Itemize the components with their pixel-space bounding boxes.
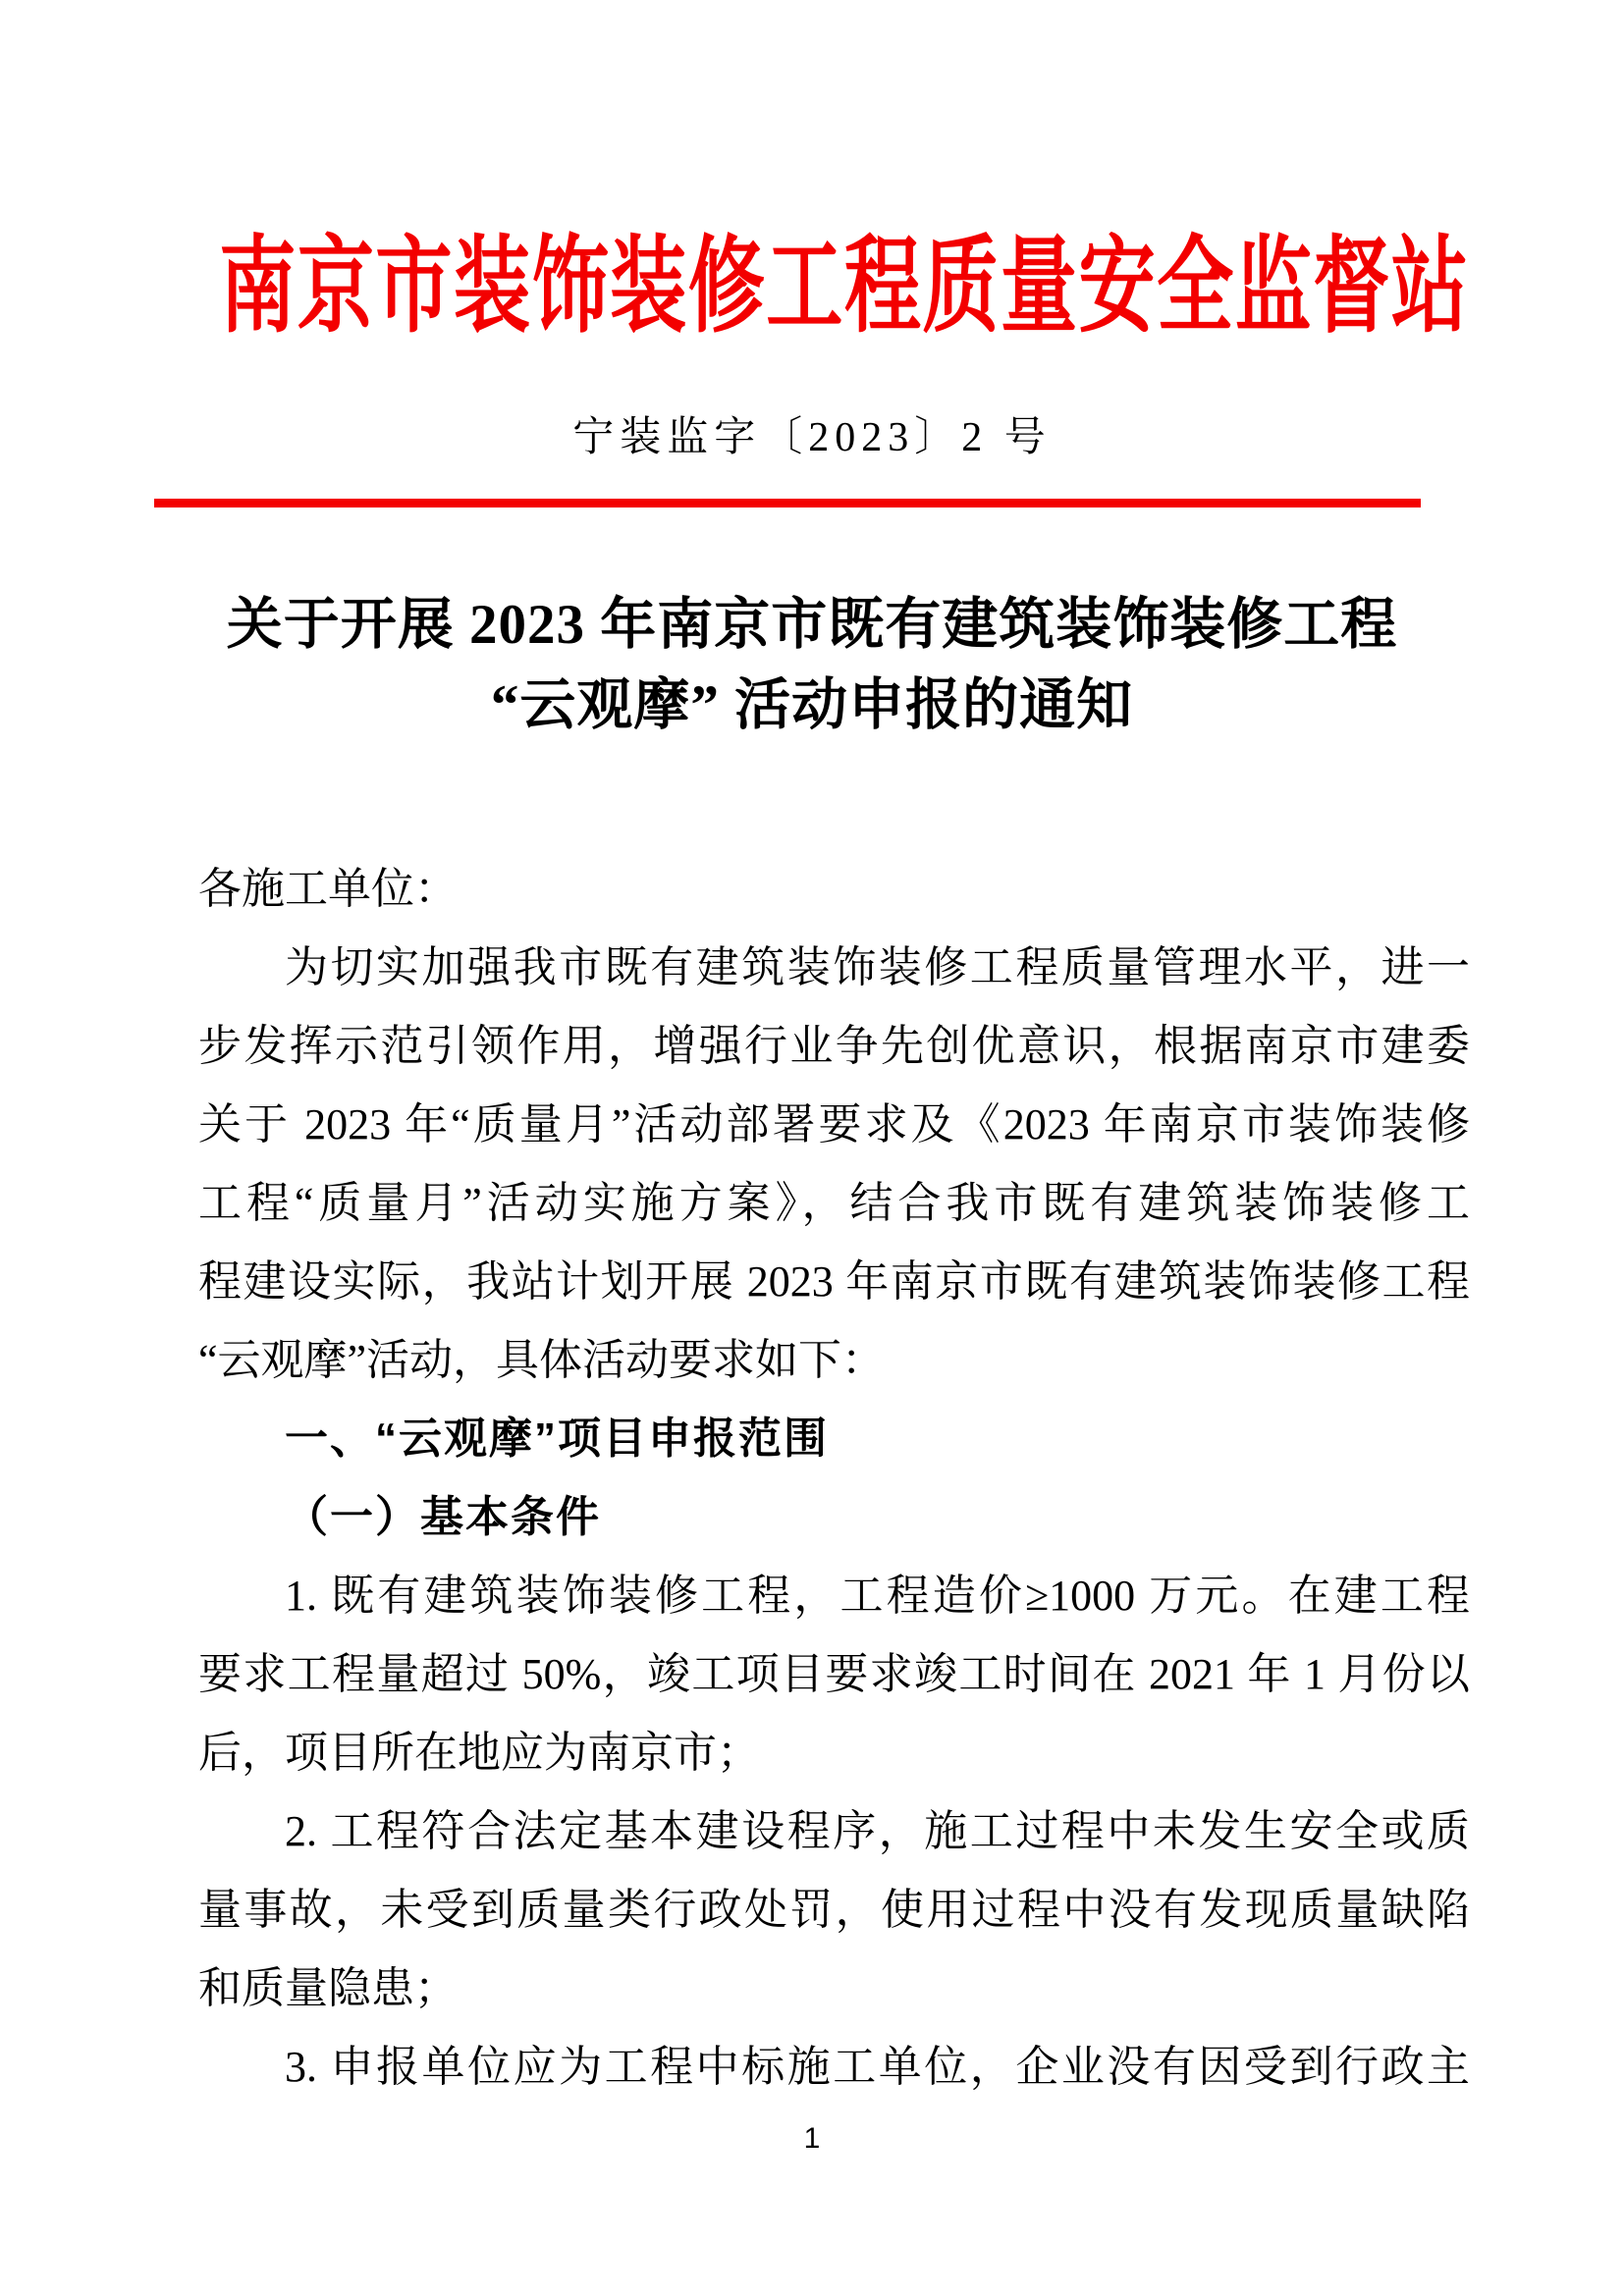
body-line: 工程“质量月”活动实施方案》，结合我市既有建筑装饰装修工 xyxy=(198,1164,1470,1243)
document-title-line2: “云观摩” 活动申报的通知 xyxy=(0,666,1624,746)
body-line-item-2: 2. 工程符合法定基本建设程序，施工过程中未发生安全或质 xyxy=(198,1792,1470,1871)
document-page: 南京市装饰装修工程质量安全监督站 宁装监字〔2023〕2 号 关于开展 2023… xyxy=(0,0,1624,2296)
body-line: 要求工程量超过 50%，竣工项目要求竣工时间在 2021 年 1 月份以 xyxy=(198,1635,1470,1714)
body-line: “云观摩”活动，具体活动要求如下： xyxy=(198,1321,1470,1400)
body-line: 步发挥示范引领作用，增强行业争先创优意识，根据南京市建委 xyxy=(198,1007,1470,1086)
body-line: 为切实加强我市既有建筑装饰装修工程质量管理水平，进一 xyxy=(198,929,1470,1007)
body-line: 量事故，未受到质量类行政处罚，使用过程中没有发现质量缺陷 xyxy=(198,1871,1470,1949)
red-divider-rule xyxy=(154,499,1421,507)
body-line-salutation: 各施工单位： xyxy=(198,850,1470,929)
org-title: 南京市装饰装修工程质量安全监督站 xyxy=(219,224,1404,351)
body-line-item-1: 1. 既有建筑装饰装修工程，工程造价≥1000 万元。在建工程 xyxy=(198,1557,1470,1635)
section-heading-1: 一、“云观摩”项目申报范围 xyxy=(198,1400,1470,1478)
doc-number: 宁装监字〔2023〕2 号 xyxy=(0,410,1624,465)
body-line: 后，项目所在地应为南京市； xyxy=(198,1714,1470,1792)
body-line: 关于 2023 年“质量月”活动部署要求及《2023 年南京市装饰装修 xyxy=(198,1086,1470,1164)
body-line: 和质量隐患； xyxy=(198,1949,1470,2028)
body-line-item-3: 3. 申报单位应为工程中标施工单位，企业没有因受到行政主 xyxy=(198,2028,1470,2107)
section-heading-1-1: （一）基本条件 xyxy=(198,1478,1470,1557)
body-line: 程建设实际，我站计划开展 2023 年南京市既有建筑装饰装修工程 xyxy=(198,1243,1470,1321)
document-title: 关于开展 2023 年南京市既有建筑装饰装修工程 “云观摩” 活动申报的通知 xyxy=(0,585,1624,746)
document-body: 各施工单位： 为切实加强我市既有建筑装饰装修工程质量管理水平，进一 步发挥示范引… xyxy=(198,850,1470,2107)
document-title-line1: 关于开展 2023 年南京市既有建筑装饰装修工程 xyxy=(0,585,1624,666)
page-number: 1 xyxy=(0,2122,1624,2156)
